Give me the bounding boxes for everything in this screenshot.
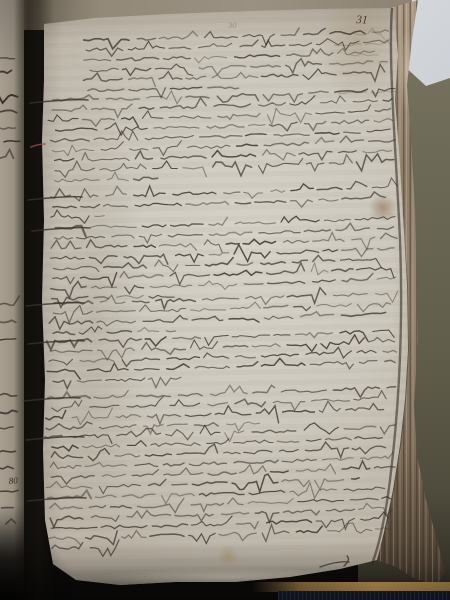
ink-stroke — [105, 123, 147, 135]
ink-stroke — [159, 72, 182, 80]
ink-stroke — [142, 343, 186, 355]
ink-stroke — [150, 534, 184, 536]
ink-stroke — [168, 424, 188, 426]
ink-stroke — [230, 302, 260, 309]
ink-stroke — [186, 76, 206, 79]
ink-stroke — [123, 494, 155, 497]
ink-stroke — [376, 291, 398, 302]
ink-stroke — [128, 41, 164, 50]
ink-stroke — [332, 120, 369, 124]
ink-stroke — [351, 54, 378, 56]
ink-stroke — [160, 98, 206, 109]
ink-stroke — [252, 430, 296, 433]
ink-stroke — [94, 391, 128, 399]
ink-stroke — [155, 64, 192, 75]
ink-stroke — [139, 234, 161, 243]
ink-stroke — [0, 128, 16, 130]
ink-stroke — [153, 161, 178, 169]
ink-stroke — [4, 141, 20, 142]
ink-stroke — [169, 116, 211, 118]
ink-stroke — [122, 117, 139, 127]
ink-stroke — [81, 204, 100, 207]
ink-stroke — [304, 230, 330, 232]
ink-stroke — [106, 378, 145, 382]
ink-stroke — [355, 217, 395, 220]
ink-stroke — [127, 441, 146, 446]
ink-stroke — [55, 159, 74, 161]
ink-stroke — [208, 87, 239, 89]
ink-stroke — [334, 293, 368, 296]
ink-stroke — [240, 40, 258, 47]
ink-stroke — [236, 522, 258, 529]
ink-stroke — [99, 484, 140, 493]
ink-stroke — [339, 151, 357, 153]
ink-stroke — [172, 484, 187, 485]
ink-stroke — [0, 339, 16, 340]
ink-stroke — [281, 390, 326, 392]
ink-stroke — [385, 360, 395, 362]
ink-stroke — [330, 61, 373, 65]
ink-stroke — [261, 262, 285, 265]
ink-stroke — [191, 309, 226, 312]
ink-stroke — [149, 479, 166, 485]
ink-stroke — [340, 259, 381, 268]
ink-stroke — [123, 68, 151, 75]
ink-stroke — [53, 380, 71, 388]
ink-stroke — [192, 482, 227, 486]
ink-stroke — [264, 316, 293, 319]
ink-stroke — [46, 482, 92, 489]
ink-stroke — [53, 206, 76, 208]
ink-stroke — [80, 273, 116, 287]
ink-stroke — [271, 471, 289, 473]
ink-stroke — [51, 527, 97, 529]
ink-stroke — [229, 318, 259, 322]
ink-stroke — [311, 263, 328, 275]
ink-stroke — [290, 200, 312, 207]
ink-stroke — [316, 518, 354, 529]
ink-stroke — [134, 177, 158, 180]
ink-stroke — [112, 235, 134, 238]
ink-stroke — [199, 66, 246, 75]
ink-stroke — [199, 281, 237, 289]
ink-stroke — [204, 240, 222, 253]
ink-stroke — [167, 364, 189, 370]
ink-stroke — [233, 440, 273, 443]
ink-stroke — [380, 62, 387, 63]
ink-stroke — [344, 426, 376, 429]
ink-stroke — [169, 47, 190, 49]
ink-stroke — [255, 512, 278, 523]
ink-stroke — [306, 442, 349, 457]
ink-stroke — [234, 460, 278, 463]
ink-stroke — [313, 232, 344, 241]
ink-stroke — [135, 151, 152, 159]
ink-stroke — [321, 96, 346, 103]
ink-stroke — [214, 104, 251, 107]
ink-stroke — [292, 260, 307, 263]
ink-stroke — [291, 184, 314, 191]
ink-stroke — [52, 400, 82, 411]
ink-stroke — [156, 299, 196, 309]
page-number: 31 — [355, 14, 368, 27]
ink-stroke — [159, 31, 197, 39]
ink-stroke — [166, 430, 193, 440]
ink-stroke — [103, 204, 127, 207]
ink-stroke — [91, 516, 119, 522]
ink-stroke — [195, 366, 229, 368]
ink-stroke — [149, 295, 174, 298]
ink-stroke — [269, 122, 297, 131]
ink-stroke — [84, 73, 123, 81]
ink-stroke — [152, 524, 187, 528]
ink-stroke — [91, 225, 136, 227]
ink-stroke — [207, 125, 244, 129]
ink-stroke — [125, 286, 144, 294]
ink-stroke — [154, 127, 199, 129]
ink-stroke — [53, 267, 99, 272]
ink-stroke — [88, 89, 124, 92]
ink-stroke — [89, 505, 106, 507]
ink-stroke — [382, 497, 391, 499]
ink-stroke — [235, 55, 280, 58]
ink-stroke — [211, 385, 247, 395]
ink-stroke — [49, 537, 81, 545]
ink-stroke — [55, 237, 73, 240]
ink-stroke — [199, 493, 244, 496]
ink-stroke — [139, 107, 154, 109]
ink-stroke — [101, 525, 147, 528]
ink-stroke — [49, 359, 72, 365]
ink-stroke — [163, 463, 184, 466]
ink-stroke — [316, 112, 345, 114]
ink-stroke — [90, 405, 119, 407]
ink-stroke — [117, 429, 161, 437]
ink-stroke — [378, 248, 394, 250]
ink-stroke — [336, 223, 369, 230]
ink-stroke — [47, 369, 80, 379]
ink-stroke — [356, 154, 393, 171]
ink-stroke — [281, 28, 299, 35]
ink-stroke — [235, 222, 275, 224]
ink-stroke — [341, 312, 385, 316]
ink-stroke — [267, 109, 311, 125]
ink-stroke — [298, 500, 344, 502]
ink-stroke — [145, 454, 171, 456]
ink-stroke — [129, 149, 148, 151]
ink-stroke — [209, 253, 228, 256]
ink-stroke — [138, 327, 159, 331]
ink-stroke — [235, 203, 250, 204]
ink-stroke — [205, 32, 238, 38]
ink-stroke — [316, 138, 334, 144]
ink-stroke — [237, 144, 258, 146]
ink-stroke — [56, 128, 97, 131]
ink-stroke — [170, 272, 209, 284]
ink-stroke — [135, 464, 158, 467]
ink-stroke — [52, 145, 94, 155]
ink-stroke — [344, 132, 360, 133]
ink-stroke — [142, 225, 166, 227]
ink-stroke — [0, 490, 18, 492]
ink-stroke — [135, 369, 159, 371]
ink-stroke — [333, 387, 379, 397]
ink-stroke — [284, 240, 309, 243]
ink-stroke — [320, 556, 349, 567]
ink-stroke — [89, 256, 117, 264]
ink-stroke — [94, 297, 109, 299]
ink-stroke — [240, 465, 266, 474]
ink-stroke — [88, 363, 129, 372]
ink-stroke — [383, 350, 396, 352]
ink-stroke — [79, 326, 102, 334]
ink-stroke — [234, 245, 270, 262]
ink-stroke — [171, 224, 203, 226]
ink-stroke — [147, 91, 182, 104]
ink-stroke — [192, 516, 233, 526]
ink-stroke — [122, 531, 146, 539]
ink-stroke — [208, 472, 236, 475]
ink-stroke — [101, 142, 123, 151]
ink-stroke — [106, 98, 139, 100]
ink-stroke — [325, 219, 351, 221]
ink-stroke — [213, 162, 252, 176]
ink-stroke — [183, 167, 207, 177]
ink-stroke — [369, 140, 395, 142]
ink-stroke — [0, 320, 16, 322]
ink-stroke — [203, 298, 239, 300]
ink-stroke — [313, 280, 336, 282]
ink-stroke — [88, 449, 109, 461]
ink-stroke — [282, 459, 316, 462]
manuscript-photo: 31 30 80 — [0, 0, 450, 600]
ink-stroke — [55, 179, 100, 182]
ink-stroke — [277, 441, 298, 442]
ink-stroke — [86, 48, 123, 56]
ink-stroke — [173, 192, 216, 195]
ink-stroke — [343, 65, 385, 82]
ink-stroke — [281, 216, 319, 222]
ink-stroke — [148, 377, 180, 387]
ink-stroke — [52, 543, 83, 550]
ink-stroke — [274, 134, 309, 136]
ink-stroke — [143, 315, 187, 322]
ink-stroke — [54, 301, 93, 304]
ink-stroke — [224, 192, 240, 194]
ink-stroke — [344, 487, 385, 491]
ink-stroke — [99, 338, 141, 347]
ink-stroke — [273, 401, 305, 410]
ink-stroke — [205, 258, 233, 267]
ink-stroke — [134, 186, 166, 197]
ink-stroke — [263, 150, 296, 160]
ink-stroke — [191, 340, 218, 349]
ink-stroke — [387, 387, 396, 388]
ink-stroke — [0, 427, 13, 429]
ink-stroke — [253, 385, 275, 393]
ink-stroke — [166, 331, 175, 332]
ink-stroke — [138, 498, 184, 512]
ink-stroke — [232, 474, 278, 492]
ink-stroke — [251, 65, 281, 67]
ink-stroke — [117, 58, 159, 61]
ink-stroke — [52, 445, 78, 451]
ink-stroke — [342, 192, 385, 199]
ink-stroke — [373, 330, 394, 337]
ink-stroke — [363, 150, 392, 153]
ink-stroke — [326, 509, 354, 512]
ink-stroke — [95, 495, 116, 498]
ink-stroke — [0, 110, 17, 112]
ink-stroke — [376, 528, 392, 530]
ink-stroke — [46, 410, 66, 419]
ink-stroke — [296, 526, 322, 532]
ink-stroke — [137, 395, 171, 397]
ink-stroke — [94, 131, 138, 140]
ink-stroke — [237, 362, 258, 367]
ink-stroke — [346, 404, 384, 411]
ink-stroke — [51, 256, 84, 259]
handwriting-lines — [45, 28, 398, 556]
ink-stroke — [129, 78, 156, 87]
ink-stroke — [110, 506, 131, 508]
ink-stroke — [347, 181, 367, 189]
ink-stroke — [163, 57, 190, 60]
ink-stroke — [72, 408, 112, 424]
ink-stroke — [162, 494, 195, 504]
ink-stroke — [97, 320, 135, 326]
ink-stroke — [307, 163, 324, 171]
ink-stroke — [274, 334, 290, 335]
ink-stroke — [215, 406, 251, 415]
ink-stroke — [243, 239, 275, 244]
ink-stroke — [147, 414, 180, 424]
ink-stroke — [367, 129, 390, 132]
ink-stroke — [226, 243, 239, 244]
ink-stroke — [283, 410, 315, 412]
ink-stroke — [50, 516, 83, 527]
ink-stroke — [117, 295, 144, 298]
ink-stroke — [249, 125, 265, 126]
ink-stroke — [90, 68, 118, 71]
ink-stroke — [328, 523, 372, 533]
ink-stroke — [150, 285, 192, 288]
ink-stroke — [144, 425, 163, 434]
ink-stroke — [357, 303, 390, 312]
ink-stroke — [159, 244, 196, 251]
ink-stroke — [0, 410, 17, 413]
ink-stroke — [173, 337, 201, 339]
ink-stroke — [133, 301, 150, 303]
ink-stroke — [313, 255, 335, 261]
ink-stroke — [195, 423, 219, 426]
ink-stroke — [271, 190, 285, 193]
ink-stroke — [262, 354, 299, 357]
ink-stroke — [53, 305, 92, 323]
ink-stroke — [189, 462, 226, 466]
ink-stroke — [52, 105, 86, 111]
ink-stroke — [268, 281, 305, 283]
ink-stroke — [222, 512, 249, 514]
ink-stroke — [48, 115, 78, 121]
ink-stroke — [350, 498, 378, 500]
ink-stroke — [353, 100, 377, 102]
ink-stroke — [132, 470, 158, 477]
facing-page-number: 80 — [8, 475, 18, 486]
ink-stroke — [86, 531, 117, 545]
ink-stroke — [267, 520, 312, 524]
ink-stroke — [381, 233, 397, 238]
ink-stroke — [51, 210, 89, 223]
ink-stroke — [0, 95, 18, 103]
ink-stroke — [296, 464, 335, 474]
ink-stroke — [296, 333, 333, 338]
ink-stroke — [261, 74, 298, 77]
ink-stroke — [301, 312, 334, 317]
ink-stroke — [170, 400, 199, 406]
ink-stroke — [232, 335, 270, 337]
ink-stroke — [287, 288, 326, 304]
ink-stroke — [0, 58, 14, 59]
ink-stroke — [107, 172, 128, 181]
ink-stroke — [192, 316, 223, 320]
ink-stroke — [74, 189, 98, 201]
ink-stroke — [319, 401, 340, 412]
ink-stroke — [304, 28, 326, 34]
ink-stroke — [262, 525, 289, 542]
ink-stroke — [374, 119, 393, 123]
ink-stroke — [377, 277, 396, 279]
ink-stroke — [235, 399, 265, 407]
ink-overlay: 31 30 80 — [0, 0, 450, 600]
ink-stroke — [248, 498, 293, 503]
ink-stroke — [258, 158, 302, 173]
ink-stroke — [208, 403, 228, 406]
ink-stroke — [277, 250, 319, 254]
ink-stroke — [342, 461, 370, 469]
ink-stroke — [352, 237, 375, 249]
ink-stroke — [164, 468, 203, 475]
ink-stroke — [186, 96, 209, 98]
ink-stroke — [84, 39, 129, 49]
ink-stroke — [306, 439, 321, 441]
ink-stroke — [326, 438, 352, 440]
ink-stroke — [176, 254, 204, 262]
ink-stroke — [217, 94, 258, 103]
ink-stroke — [304, 423, 338, 434]
ink-stroke — [332, 269, 353, 272]
ink-stroke — [51, 139, 90, 142]
ink-stroke — [290, 483, 336, 499]
ink-stroke — [294, 306, 311, 310]
ink-stroke — [287, 49, 333, 56]
ink-stroke — [219, 532, 256, 540]
ink-stroke — [263, 94, 302, 103]
ink-stroke — [317, 187, 342, 189]
ink-stroke — [244, 284, 263, 285]
ink-stroke — [303, 69, 336, 80]
ink-stroke — [200, 136, 242, 138]
ink-stroke — [137, 38, 155, 40]
ink-stroke — [145, 136, 193, 140]
ink-stroke — [153, 141, 181, 156]
ink-stroke — [116, 415, 140, 418]
ink-stroke — [256, 406, 278, 423]
facing-page-marks — [0, 58, 20, 524]
ink-stroke — [352, 478, 360, 479]
ink-stroke — [224, 452, 241, 454]
ink-stroke — [76, 236, 104, 239]
